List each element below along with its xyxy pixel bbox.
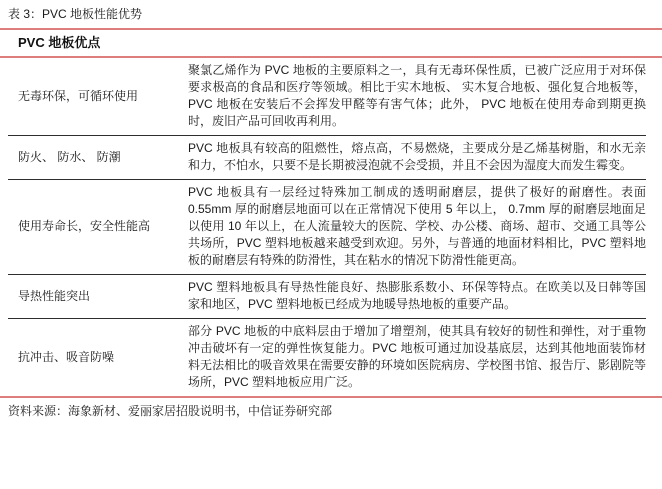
advantage-label: 使用寿命长，安全性能高	[8, 218, 188, 235]
table-row: 导热性能突出 PVC 塑料地板具有导热性能良好、热膨胀系数小、环保等特点。在欧美…	[8, 275, 646, 319]
advantage-description: PVC 地板具有较高的阻燃性，熔点高，不易燃烧，主要成分是乙烯基树脂，和水无亲和…	[188, 140, 646, 174]
table-body: 无毒环保，可循环使用 聚氯乙烯作为 PVC 地板的主要原料之一，具有无毒环保性质…	[8, 58, 646, 396]
advantage-label: 防火、 防水、 防潮	[8, 149, 188, 166]
advantage-label: 导热性能突出	[8, 288, 188, 305]
advantage-description: 部分 PVC 地板的中底料层由于增加了增塑剂，使其具有较好的韧性和弹性，对于重物…	[188, 323, 646, 391]
table-row: 使用寿命长，安全性能高 PVC 地板具有一层经过特殊加工制成的透明耐磨层，提供了…	[8, 180, 646, 275]
table-header: PVC 地板优点	[0, 30, 662, 56]
advantage-label: 抗冲击、吸音防噪	[8, 349, 188, 366]
report-table-page: 表 3：PVC 地板性能优势 PVC 地板优点 无毒环保，可循环使用 聚氯乙烯作…	[0, 0, 662, 489]
table-row: 抗冲击、吸音防噪 部分 PVC 地板的中底料层由于增加了增塑剂，使其具有较好的韧…	[8, 319, 646, 396]
table-row: 防火、 防水、 防潮 PVC 地板具有较高的阻燃性，熔点高，不易燃烧，主要成分是…	[8, 136, 646, 180]
table-row: 无毒环保，可循环使用 聚氯乙烯作为 PVC 地板的主要原料之一，具有无毒环保性质…	[8, 58, 646, 136]
advantage-description: PVC 塑料地板具有导热性能良好、热膨胀系数小、环保等特点。在欧美以及日韩等国家…	[188, 279, 646, 313]
advantage-label: 无毒环保，可循环使用	[8, 88, 188, 105]
source-note: 资料来源：海象新材、爱丽家居招股说明书，中信证券研究部	[0, 398, 662, 419]
table-title: 表 3：PVC 地板性能优势	[0, 0, 662, 28]
advantage-description: PVC 地板具有一层经过特殊加工制成的透明耐磨层，提供了极好的耐磨性。表面 0.…	[188, 184, 646, 269]
advantage-description: 聚氯乙烯作为 PVC 地板的主要原料之一，具有无毒环保性质，已被广泛应用于对环保…	[188, 62, 646, 130]
